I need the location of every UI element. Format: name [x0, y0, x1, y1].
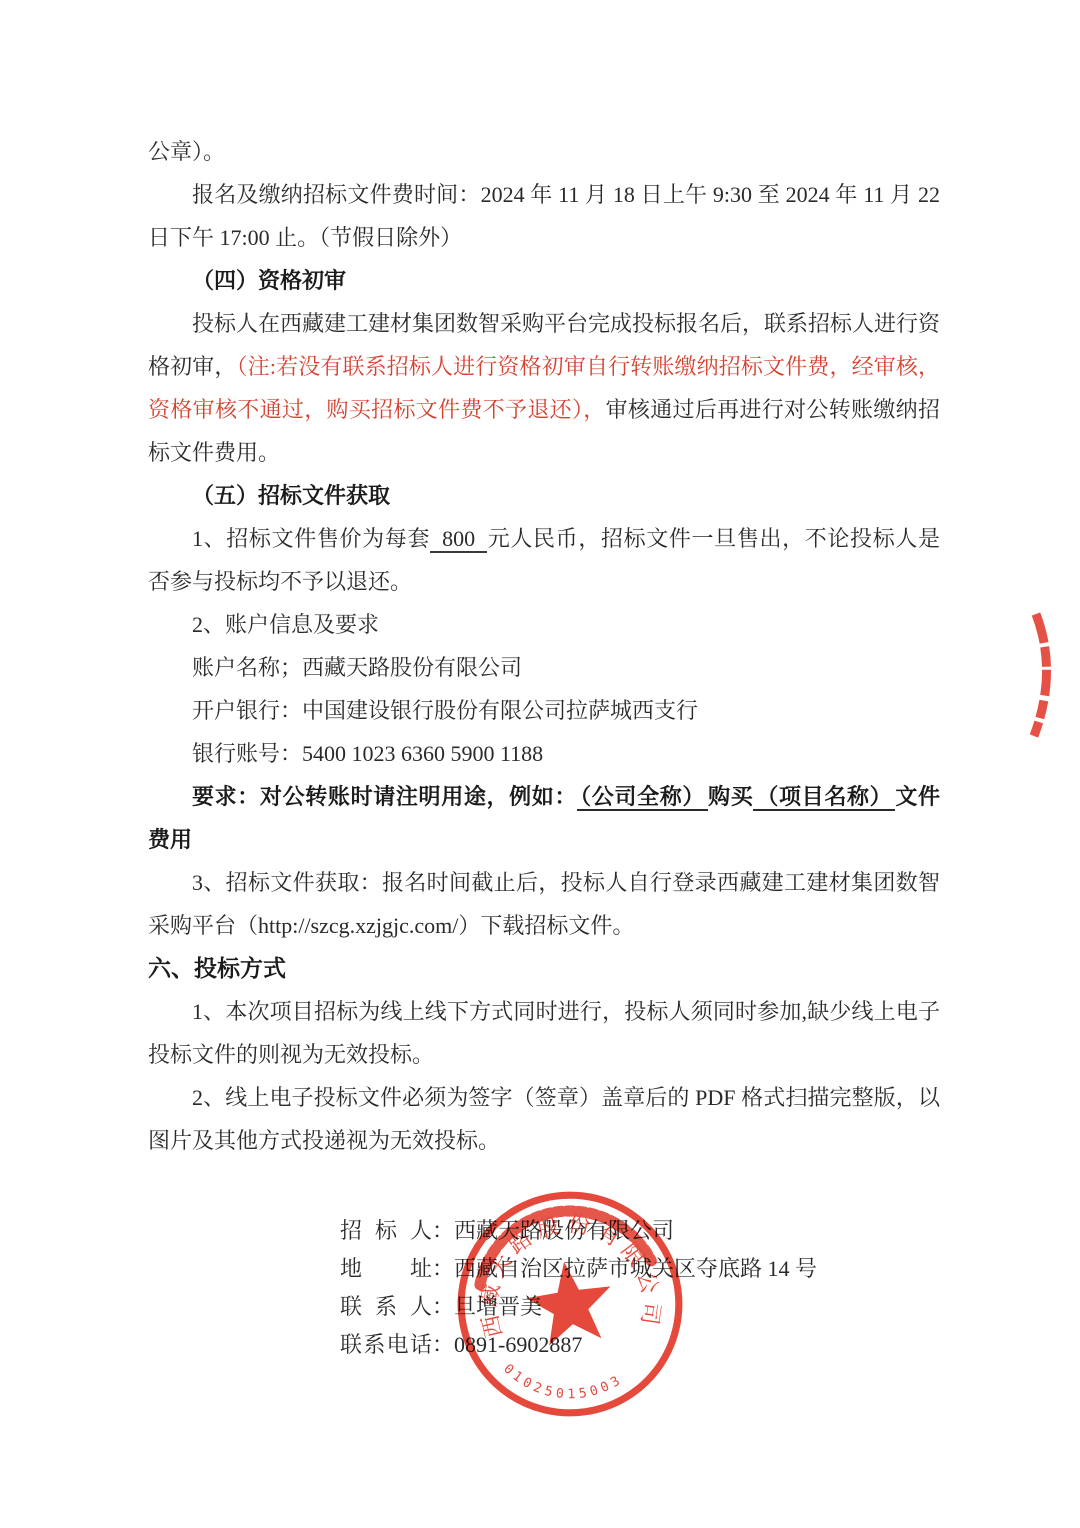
paragraph-transfer-requirement: 要求：对公转账时请注明用途，例如：（公司全称）购买（项目名称）文件费用	[148, 775, 940, 861]
account-info-title-text: 2、账户信息及要求	[192, 612, 379, 637]
paragraph-seal-tail: 公章）。	[148, 130, 940, 173]
paragraph-qualification-review: 投标人在西藏建工建材集团数智采购平台完成投标报名后，联系招标人进行资格初审，（注…	[148, 302, 940, 474]
bank-name-text: 开户银行：中国建设银行股份有限公司拉萨城西支行	[192, 698, 698, 723]
heading-section-6: 六、投标方式	[148, 947, 940, 990]
document-page: 公章）。 报名及缴纳招标文件费时间：2024 年 11 月 18 日上午 9:3…	[0, 0, 1080, 1528]
bidder-label: 招标人	[340, 1212, 432, 1250]
heading-section-6-text: 六、投标方式	[148, 956, 286, 981]
company-seal-stamp-icon: 西藏天路股份有限公司 01025015003	[452, 1186, 688, 1422]
price-value: 800	[430, 526, 487, 553]
person-separator: ：	[432, 1294, 454, 1319]
document-body: 公章）。 报名及缴纳招标文件费时间：2024 年 11 月 18 日上午 9:3…	[148, 130, 940, 1364]
registration-time-text: 报名及缴纳招标文件费时间：2024 年 11 月 18 日上午 9:30 至 2…	[148, 182, 940, 250]
requirement-project-placeholder: （项目名称）	[753, 784, 895, 811]
bidder-separator: ：	[432, 1218, 454, 1243]
heading-section-4: （四）资格初审	[148, 259, 940, 302]
document-download-text: 3、招标文件获取：报名时间截止后，投标人自行登录西藏建工建材集团数智采购平台（h…	[148, 870, 940, 938]
bid-method-1-text: 1、本次项目招标为线上线下方式同时进行，投标人须同时参加,缺少线上电子投标文件的…	[148, 999, 940, 1067]
paragraph-registration-time: 报名及缴纳招标文件费时间：2024 年 11 月 18 日上午 9:30 至 2…	[148, 173, 940, 259]
paragraph-document-download: 3、招标文件获取：报名时间截止后，投标人自行登录西藏建工建材集团数智采购平台（h…	[148, 861, 940, 947]
line-bank-name: 开户银行：中国建设银行股份有限公司拉萨城西支行	[148, 689, 940, 732]
heading-section-5: （五）招标文件获取	[148, 474, 940, 517]
line-bank-account: 银行账号：5400 1023 6360 5900 1188	[148, 732, 940, 775]
requirement-lead: 要求：对公转账时请注明用途，例如：	[192, 784, 577, 809]
requirement-company-placeholder: （公司全称）	[577, 784, 708, 811]
paragraph-bid-method-2: 2、线上电子投标文件必须为签字（签章）盖章后的 PDF 格式扫描完整版，以图片及…	[148, 1076, 940, 1162]
seal-tail-text: 公章）。	[148, 139, 225, 164]
line-account-name: 账户名称；西藏天路股份有限公司	[148, 646, 940, 689]
heading-section-5-text: （五）招标文件获取	[192, 483, 390, 508]
seal-star-icon	[522, 1256, 617, 1348]
address-label: 地址	[340, 1250, 432, 1288]
paragraph-account-info-title: 2、账户信息及要求	[148, 603, 940, 646]
paragraph-document-price: 1、招标文件售价为每套800元人民币，招标文件一旦售出，不论投标人是否参与投标均…	[148, 517, 940, 603]
requirement-middle: 购买	[708, 784, 753, 809]
address-separator: ：	[432, 1256, 454, 1281]
person-label: 联系人	[340, 1288, 432, 1326]
price-text-before: 1、招标文件售价为每套	[192, 526, 430, 551]
edge-stamp-fragment-icon	[1006, 604, 1076, 744]
paragraph-bid-method-1: 1、本次项目招标为线上线下方式同时进行，投标人须同时参加,缺少线上电子投标文件的…	[148, 990, 940, 1076]
bid-method-2-text: 2、线上电子投标文件必须为签字（签章）盖章后的 PDF 格式扫描完整版，以图片及…	[148, 1085, 940, 1153]
phone-separator: ：	[432, 1332, 454, 1357]
phone-label: 联系电话	[340, 1326, 432, 1364]
account-name-text: 账户名称；西藏天路股份有限公司	[192, 655, 522, 680]
heading-section-4-text: （四）资格初审	[192, 268, 346, 293]
bank-account-text: 银行账号：5400 1023 6360 5900 1188	[192, 741, 543, 766]
